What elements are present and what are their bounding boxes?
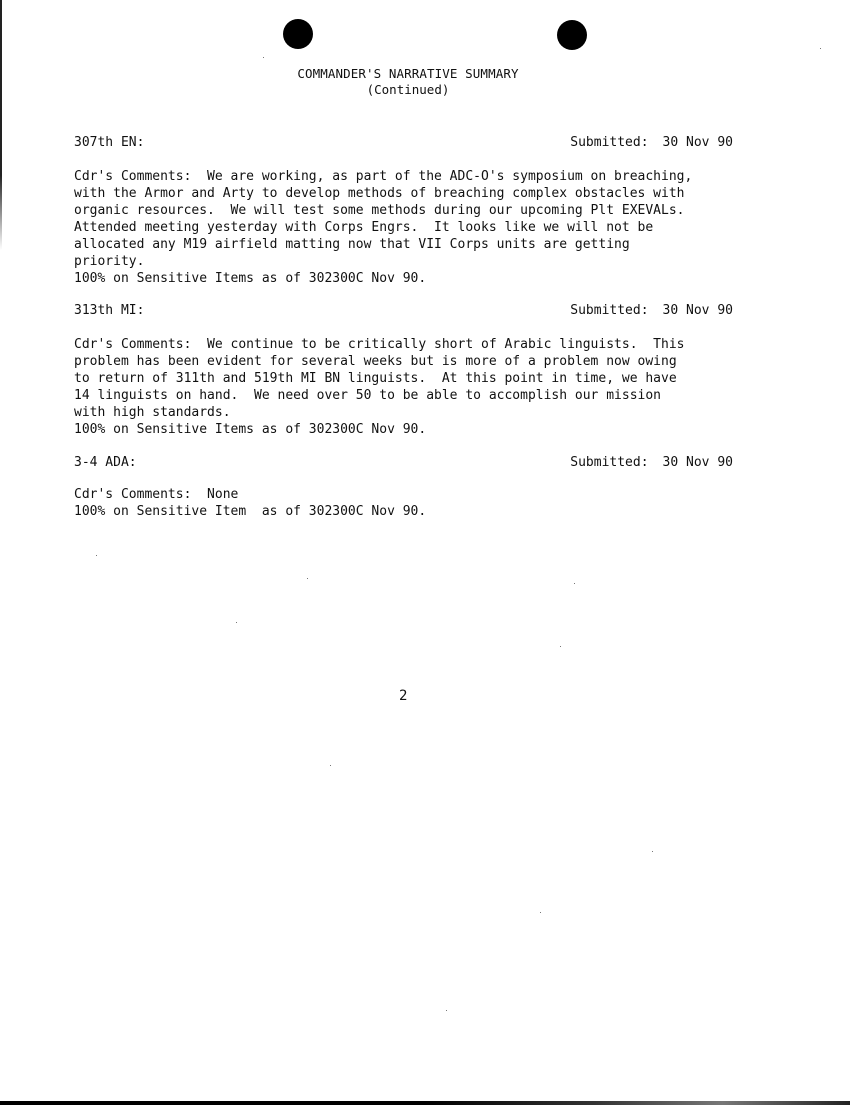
sensitive-items-line: 100% on Sensitive Items as of 302300C No… — [74, 421, 754, 438]
comment-line: priority. — [74, 253, 754, 270]
punch-hole-left — [283, 19, 313, 49]
scan-speck — [446, 1010, 447, 1011]
section-comments-3-4-ada: Cdr's Comments: None100% on Sensitive It… — [74, 486, 754, 520]
submitted-info: Submitted:30 Nov 90 — [570, 303, 733, 318]
document-title: COMMANDER'S NARRATIVE SUMMARY — [0, 66, 816, 81]
scan-speck — [820, 48, 821, 49]
sensitive-items-line: 100% on Sensitive Item as of 302300C Nov… — [74, 503, 754, 520]
scan-speck — [236, 622, 237, 623]
scan-speck — [96, 555, 97, 556]
sensitive-items-line: 100% on Sensitive Items as of 302300C No… — [74, 270, 754, 287]
submitted-label: Submitted: — [570, 135, 648, 150]
document-subtitle: (Continued) — [0, 82, 816, 97]
scan-speck — [263, 57, 264, 58]
comment-line: Attended meeting yesterday with Corps En… — [74, 219, 754, 236]
comment-line: Cdr's Comments: None — [74, 486, 754, 503]
comment-line: to return of 311th and 519th MI BN lingu… — [74, 370, 754, 387]
punch-hole-right — [557, 20, 587, 50]
section-header-3-4-ada: 3-4 ADA: Submitted:30 Nov 90 — [74, 455, 733, 470]
comment-line: allocated any M19 airfield matting now t… — [74, 236, 754, 253]
scan-speck — [574, 583, 575, 584]
bottom-scan-edge — [0, 1101, 850, 1105]
page-number: 2 — [399, 688, 407, 704]
scan-left-edge — [0, 0, 2, 250]
submitted-label: Submitted: — [570, 455, 648, 470]
submitted-date: 30 Nov 90 — [663, 455, 733, 470]
submitted-label: Submitted: — [570, 303, 648, 318]
unit-name: 3-4 ADA: — [74, 455, 137, 470]
comment-line: with the Armor and Arty to develop metho… — [74, 185, 754, 202]
comment-line: organic resources. We will test some met… — [74, 202, 754, 219]
comment-line: Cdr's Comments: We continue to be critic… — [74, 336, 754, 353]
scan-speck — [540, 912, 541, 913]
section-comments-307th-en: Cdr's Comments: We are working, as part … — [74, 168, 754, 287]
section-header-307th-en: 307th EN: Submitted:30 Nov 90 — [74, 135, 733, 150]
scan-speck — [330, 765, 331, 766]
scan-speck — [307, 578, 308, 579]
comment-line: problem has been evident for several wee… — [74, 353, 754, 370]
unit-name: 313th MI: — [74, 303, 144, 318]
scan-speck — [560, 646, 561, 647]
submitted-date: 30 Nov 90 — [663, 135, 733, 150]
scan-speck — [652, 851, 653, 852]
comment-line: Cdr's Comments: We are working, as part … — [74, 168, 754, 185]
submitted-date: 30 Nov 90 — [663, 303, 733, 318]
submitted-info: Submitted:30 Nov 90 — [570, 455, 733, 470]
comment-line: 14 linguists on hand. We need over 50 to… — [74, 387, 754, 404]
section-header-313th-mi: 313th MI: Submitted:30 Nov 90 — [74, 303, 733, 318]
submitted-info: Submitted:30 Nov 90 — [570, 135, 733, 150]
comment-line: with high standards. — [74, 404, 754, 421]
unit-name: 307th EN: — [74, 135, 144, 150]
section-comments-313th-mi: Cdr's Comments: We continue to be critic… — [74, 336, 754, 438]
